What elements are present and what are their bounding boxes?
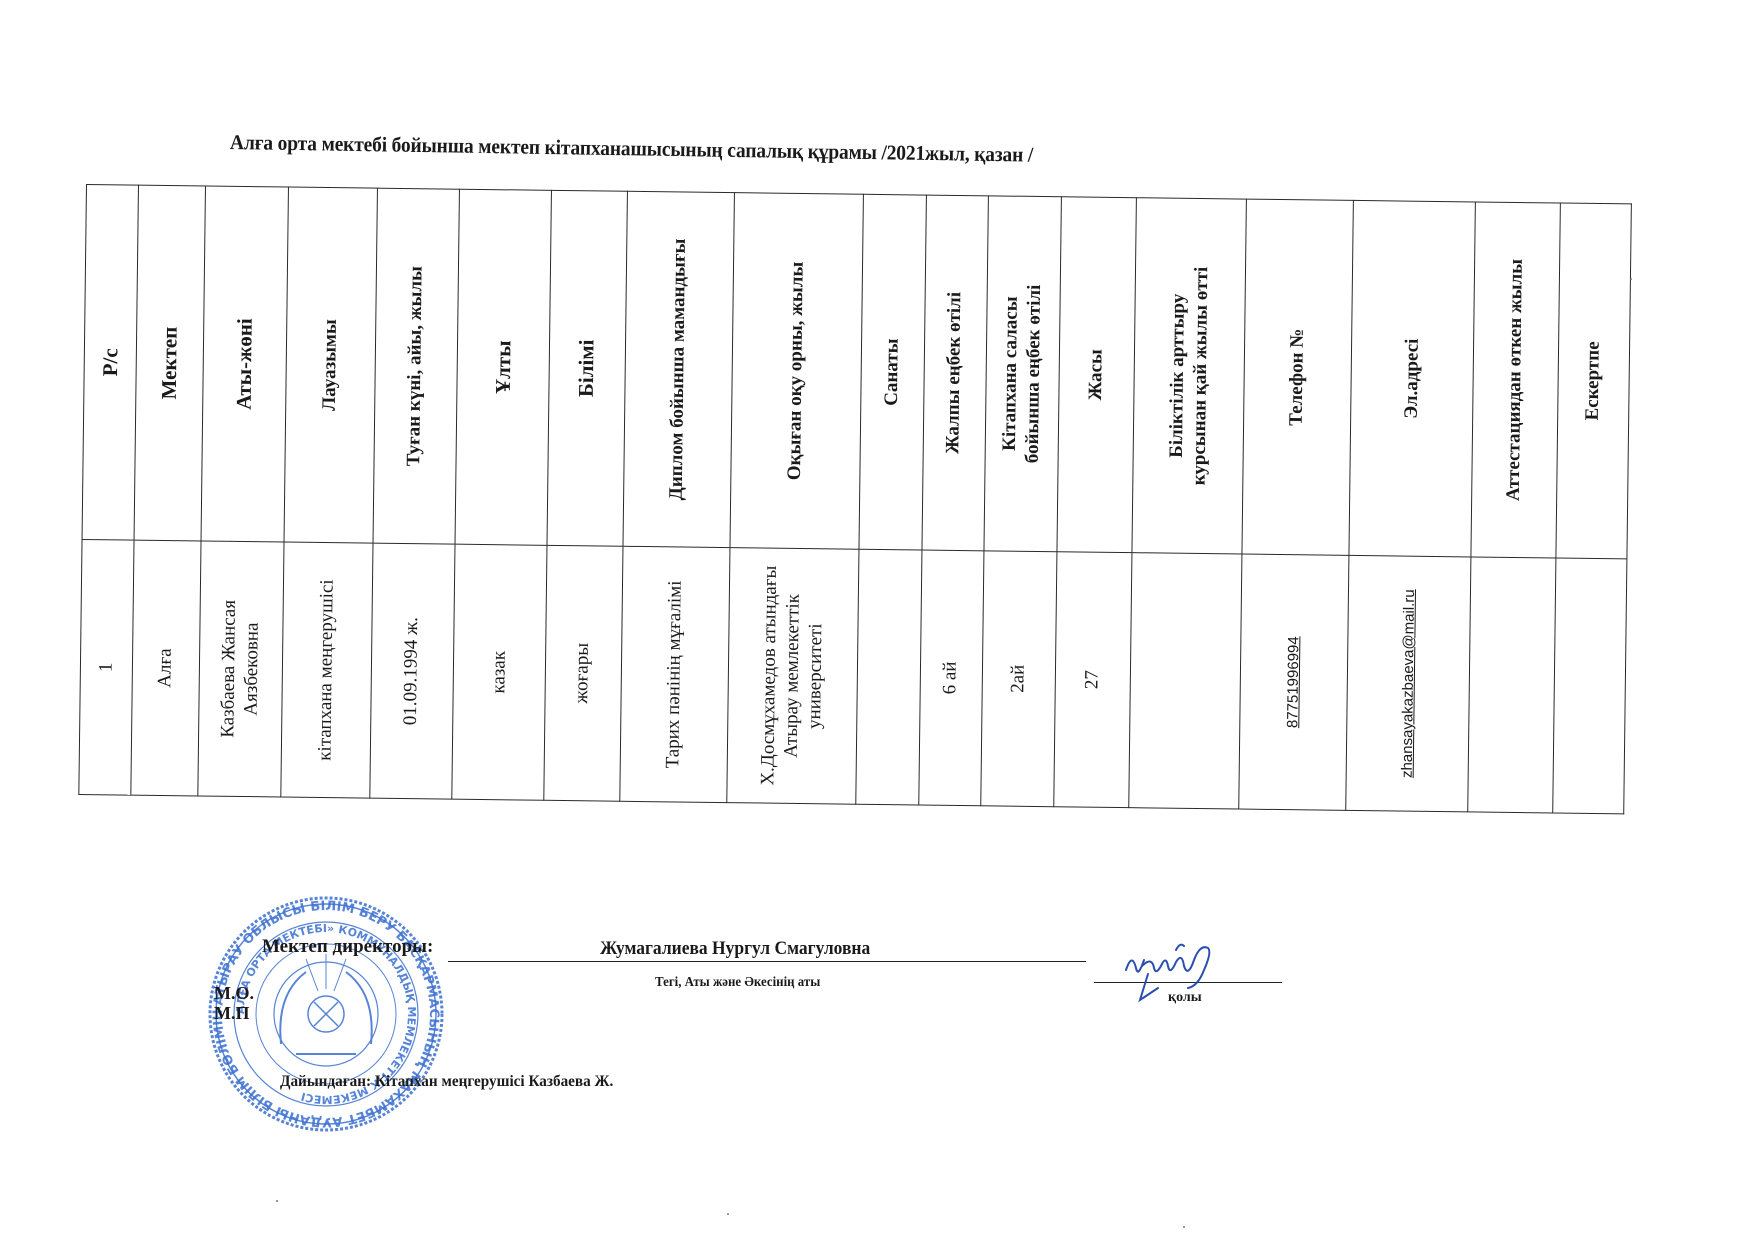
cell-value: жоғары — [572, 643, 596, 704]
column-header-label: Мектеп — [157, 327, 183, 400]
signature-caption: қолы — [1168, 990, 1202, 1006]
cell-value: Алға — [155, 648, 178, 688]
name-caption: Тегі, Аты және Әкесінің аты — [655, 975, 820, 991]
cell-value: 1 — [95, 662, 118, 672]
document-title: Алға орта мектебі бойынша мектеп кітапха… — [230, 130, 1033, 168]
scan-speck — [1630, 278, 1632, 280]
cell-value: 2ай — [1007, 665, 1030, 693]
table-cell: 87751996994 — [1239, 554, 1349, 810]
cell-value: Казбаева Жансая Аязбековна — [217, 574, 265, 765]
column-header: Телефон № — [1242, 199, 1353, 555]
column-header: Жалпы еңбек өтілі — [921, 195, 988, 551]
table-cell: zhansayakazbaeva@mail.ru — [1346, 555, 1471, 812]
cell-value: Тарих пәнінің мұғалімі — [662, 580, 687, 768]
table-cell — [1129, 553, 1242, 809]
column-header: Ұлты — [455, 189, 551, 545]
table-cell: Казбаева Жансая Аязбековна — [198, 541, 284, 797]
column-header-label: Аты-жөні — [232, 318, 258, 410]
column-header: Аты-жөні — [201, 186, 288, 542]
column-header-label: Лауазымы — [318, 319, 342, 411]
column-header: Аттестациядан өткен жылы — [1471, 202, 1560, 558]
column-header: Біліктілік арттыру курсынан қай жылы өтт… — [1132, 198, 1246, 554]
director-name: Жумагалиева Нургул Смагуловна — [600, 938, 870, 960]
table-cell: 01.09.1994 ж. — [369, 543, 455, 799]
scan-speck — [1183, 1226, 1185, 1228]
seal-label-kz: М.О. — [214, 983, 254, 1003]
seal-label: М.О. М.П — [214, 983, 254, 1023]
column-header-label: Оқыған оқу орны, жылы — [784, 262, 810, 481]
table-cell: 6 ай — [918, 550, 984, 806]
column-header: Р/с — [82, 185, 139, 541]
column-header-label: Диплом бойынша мамандығы — [665, 238, 691, 500]
column-header: Оқыған оқу орны, жылы — [730, 193, 864, 550]
prepared-by: Дайындаған: Кітапхан меңгерушісі Казбаев… — [280, 1073, 613, 1091]
table-cell — [1553, 558, 1627, 814]
column-header-label: Жасы — [1085, 349, 1108, 400]
cell-value: кітапхана меңгерушісі — [314, 579, 339, 761]
phone-link[interactable]: 87751996994 — [1285, 636, 1304, 728]
cell-value: 01.09.1994 ж. — [400, 617, 424, 725]
table-cell: 1 — [79, 539, 135, 795]
column-header: Санаты — [859, 194, 926, 550]
column-header-label: Білімі — [574, 339, 600, 397]
cell-value: 27 — [1081, 670, 1104, 689]
table-cell — [1468, 557, 1556, 813]
column-header: Жасы — [1057, 197, 1137, 553]
column-header-label: Р/с — [98, 348, 124, 376]
column-header-label: Аттестациядан өткен жылы — [1503, 259, 1529, 501]
table-cell: Х.Досмұхамедов атындағы Атырау мемлекетт… — [727, 548, 859, 805]
table-cell — [856, 549, 922, 805]
table-cell: Тарих пәнінің мұғалімі — [620, 546, 730, 802]
column-header: Лауазымы — [284, 187, 377, 543]
column-header-label: Санаты — [881, 338, 905, 406]
column-header: Кітапхана саласы бойынша еңбек өтілі — [984, 196, 1061, 552]
table-cell: 2ай — [981, 551, 1057, 807]
column-header-label: Ұлты — [491, 340, 517, 394]
email-link[interactable]: zhansayakazbaeva@mail.ru — [1399, 589, 1419, 778]
table-cell: жоғары — [544, 545, 623, 801]
column-header: Туған күні, айы, жылы — [373, 188, 460, 544]
column-header: Эл.адресі — [1349, 200, 1476, 557]
seal-label-ru: М.П — [214, 1003, 254, 1023]
column-header: Мектеп — [134, 185, 205, 541]
column-header: Диплом бойынша мамандығы — [623, 191, 734, 547]
column-header-label: Біліктілік арттыру курсынан қай жылы өтт… — [1165, 266, 1213, 487]
column-header-label: Эл.адресі — [1401, 338, 1425, 418]
column-header-label: Кітапхана саласы бойынша еңбек өтілі — [999, 279, 1047, 470]
staff-table-container: Р/сМектепАты-жөніЛауазымыТуған күні, айы… — [78, 184, 1632, 813]
table-row: 1АлғаКазбаева Жансая Аязбековнакітапхана… — [79, 539, 1627, 813]
table-cell: казак — [452, 544, 547, 800]
column-header-label: Жалпы еңбек өтілі — [943, 292, 968, 454]
table-header-row: Р/сМектепАты-жөніЛауазымыТуған күні, айы… — [82, 185, 1631, 559]
director-label: Мектеп директоры: — [262, 936, 433, 958]
staff-table: Р/сМектепАты-жөніЛауазымыТуған күні, айы… — [78, 184, 1632, 814]
column-header: Білімі — [547, 190, 627, 546]
scan-speck — [276, 1200, 278, 1202]
cell-value: Х.Досмұхамедов атындағы Атырау мемлекетт… — [757, 560, 828, 791]
table-cell: 27 — [1053, 552, 1132, 808]
scan-speck — [727, 1213, 729, 1215]
table-cell: Алға — [131, 540, 201, 796]
table-cell: кітапхана меңгерушісі — [281, 542, 373, 798]
column-header-label: Туған күні, айы, жылы — [404, 266, 429, 466]
column-header: Ескертпе — [1556, 203, 1631, 559]
cell-value: 6 ай — [940, 661, 963, 694]
column-header-label: Ескертпе — [1582, 341, 1606, 420]
cell-value: казак — [488, 651, 511, 694]
director-signature-line — [448, 961, 1086, 962]
column-header-label: Телефон № — [1286, 329, 1310, 426]
